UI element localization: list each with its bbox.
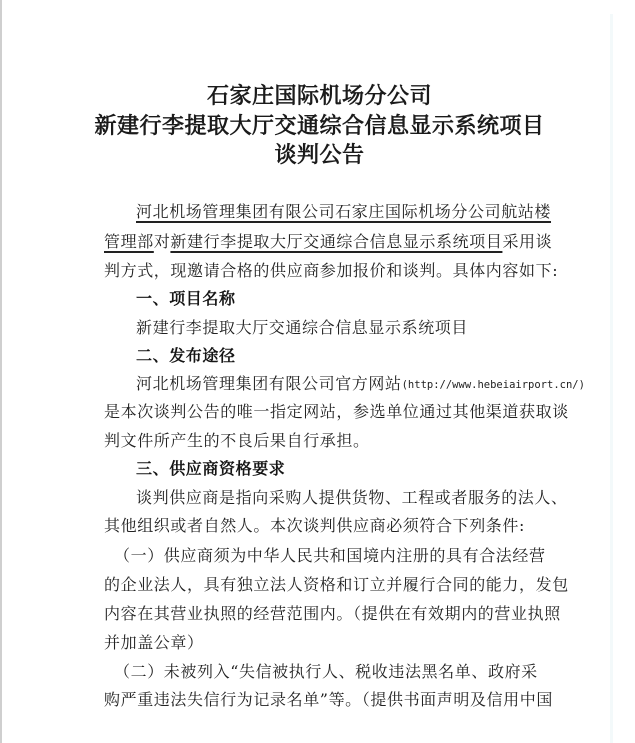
intro-tail: 采用谈	[502, 232, 552, 251]
section-3-item-1-line-1: （一）供应商须为中华人民共和国境内注册的具有合法经营	[114, 542, 554, 570]
section-3-heading: 三、供应商资格要求	[136, 455, 576, 483]
intro-project-name: 新建行李提取大厅交通综合信息显示系统项目	[170, 232, 502, 251]
intro-line-2: 管理部对新建行李提取大厅交通综合信息显示系统项目采用谈	[104, 228, 544, 256]
section-3-item-1-line-2: 的企业法人，具有独立法人资格和订立并履行合同的能力，发包	[104, 571, 544, 599]
section-2-line-3: 判文件所产生的不良后果自行承担。	[104, 427, 544, 455]
section-2-line-2: 是本次谈判公告的唯一指定网站，参选单位通过其他渠道获取谈	[104, 398, 544, 426]
document-page: 石家庄国际机场分公司 新建行李提取大厅交通综合信息显示系统项目 谈判公告 河北机…	[0, 0, 635, 743]
section-3-item-2-line-2: 购严重违法失信行为记录名单”等。（提供书面声明及信用中国	[104, 686, 544, 714]
section-3-item-1-line-4: 并加盖公章）	[104, 629, 544, 657]
section-1-text: 新建行李提取大厅交通综合信息显示系统项目	[136, 314, 576, 342]
section-3-item-2-line-1: （二）未被列入“失信被执行人、税收违法黑名单、政府采	[114, 658, 554, 686]
intro-connector: 对	[154, 232, 171, 251]
title-line-company: 石家庄国际机场分公司	[2, 81, 635, 111]
section-3-line-1: 谈判供应商是指向采购人提供货物、工程或者服务的法人、	[136, 484, 576, 512]
section-2-site-text: 河北机场管理集团有限公司官方网站	[136, 374, 402, 393]
section-2-line-1: 河北机场管理集团有限公司官方网站(http://www.hebeiairport…	[136, 370, 576, 399]
title-line-project: 新建行李提取大厅交通综合信息显示系统项目	[2, 111, 635, 141]
intro-org-name: 河北机场管理集团有限公司石家庄国际机场分公司航站楼	[136, 202, 551, 221]
intro-line-1: 河北机场管理集团有限公司石家庄国际机场分公司航站楼	[136, 198, 576, 226]
intro-org-dept: 管理部	[104, 232, 154, 251]
section-1-heading: 一、项目名称	[136, 285, 576, 313]
intro-line-3: 判方式，现邀请合格的供应商参加报价和谈判。具体内容如下:	[104, 257, 544, 285]
section-3-item-1-line-3: 内容在其营业执照的经营范围内。（提供在有效期内的营业执照	[104, 600, 544, 628]
section-2-heading: 二、发布途径	[136, 342, 576, 370]
section-3-line-2: 其他组织或者自然人。本次谈判供应商必须符合下列条件:	[104, 512, 544, 540]
title-line-notice: 谈判公告	[2, 140, 635, 170]
website-url: (http://www.hebeiairport.cn/)	[402, 379, 585, 391]
